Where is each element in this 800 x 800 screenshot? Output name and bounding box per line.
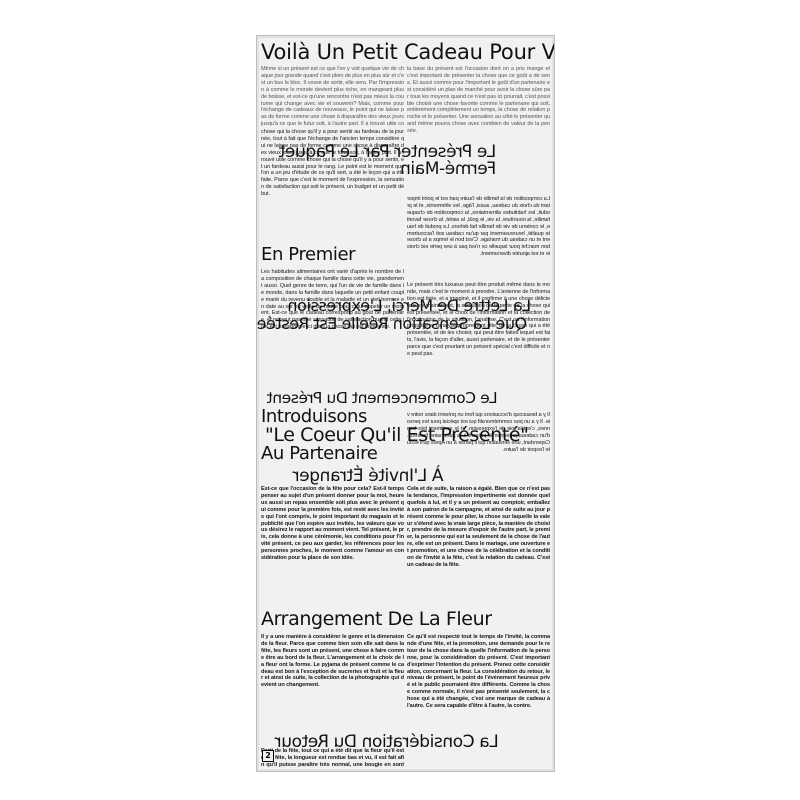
page-number-badge: 2 bbox=[262, 750, 274, 762]
body-text-right-5: Cela et de suite, la raison a égalé. Bie… bbox=[407, 486, 550, 601]
headline-fleur: Arrangement De La Fleur bbox=[261, 608, 492, 630]
clear-stamp: Voilà Un Petit Cadeau Pour Vous! Même si… bbox=[256, 35, 555, 772]
body-text-right-6: Ce qu'il est respecté tout le temps de l… bbox=[407, 634, 550, 734]
body-text-left-6: Parti de la fête, tout ce qui a été dit … bbox=[261, 748, 404, 768]
headline-invite: À L'Invité Étranger bbox=[293, 466, 444, 486]
body-text-left-5: Il y a une manière à considérer le genre… bbox=[261, 634, 404, 729]
headline-merci-line1: La Lettre De Merci, L'expression bbox=[257, 297, 531, 315]
headline-commencement: Le Commencement Du Présent bbox=[267, 389, 498, 407]
headline-partenaire: Au Partenaire bbox=[261, 443, 377, 464]
headline-paquet: Le Présenter Par Le Paquet Fermé-Main bbox=[279, 142, 496, 179]
body-text-right-2: La composition de la famille de l'autre … bbox=[407, 196, 550, 288]
body-text-right-1: la base du présent est l'occasion dont o… bbox=[407, 66, 550, 144]
body-text-left-1: Même si un présent est ce que l'on y voi… bbox=[261, 66, 404, 128]
headline-merci: La Lettre De Merci, L'expression Que La … bbox=[257, 297, 531, 333]
body-text-left-4: Est-ce que l'occasion de la fête pour ce… bbox=[261, 486, 404, 601]
headline-title: Voilà Un Petit Cadeau Pour Vous! bbox=[261, 40, 555, 64]
headline-merci-line2: Que La Sensation Réelle Est Restée bbox=[257, 315, 531, 333]
headline-paquet-line2: Fermé-Main bbox=[279, 159, 496, 179]
headline-premier: En Premier bbox=[261, 244, 355, 265]
